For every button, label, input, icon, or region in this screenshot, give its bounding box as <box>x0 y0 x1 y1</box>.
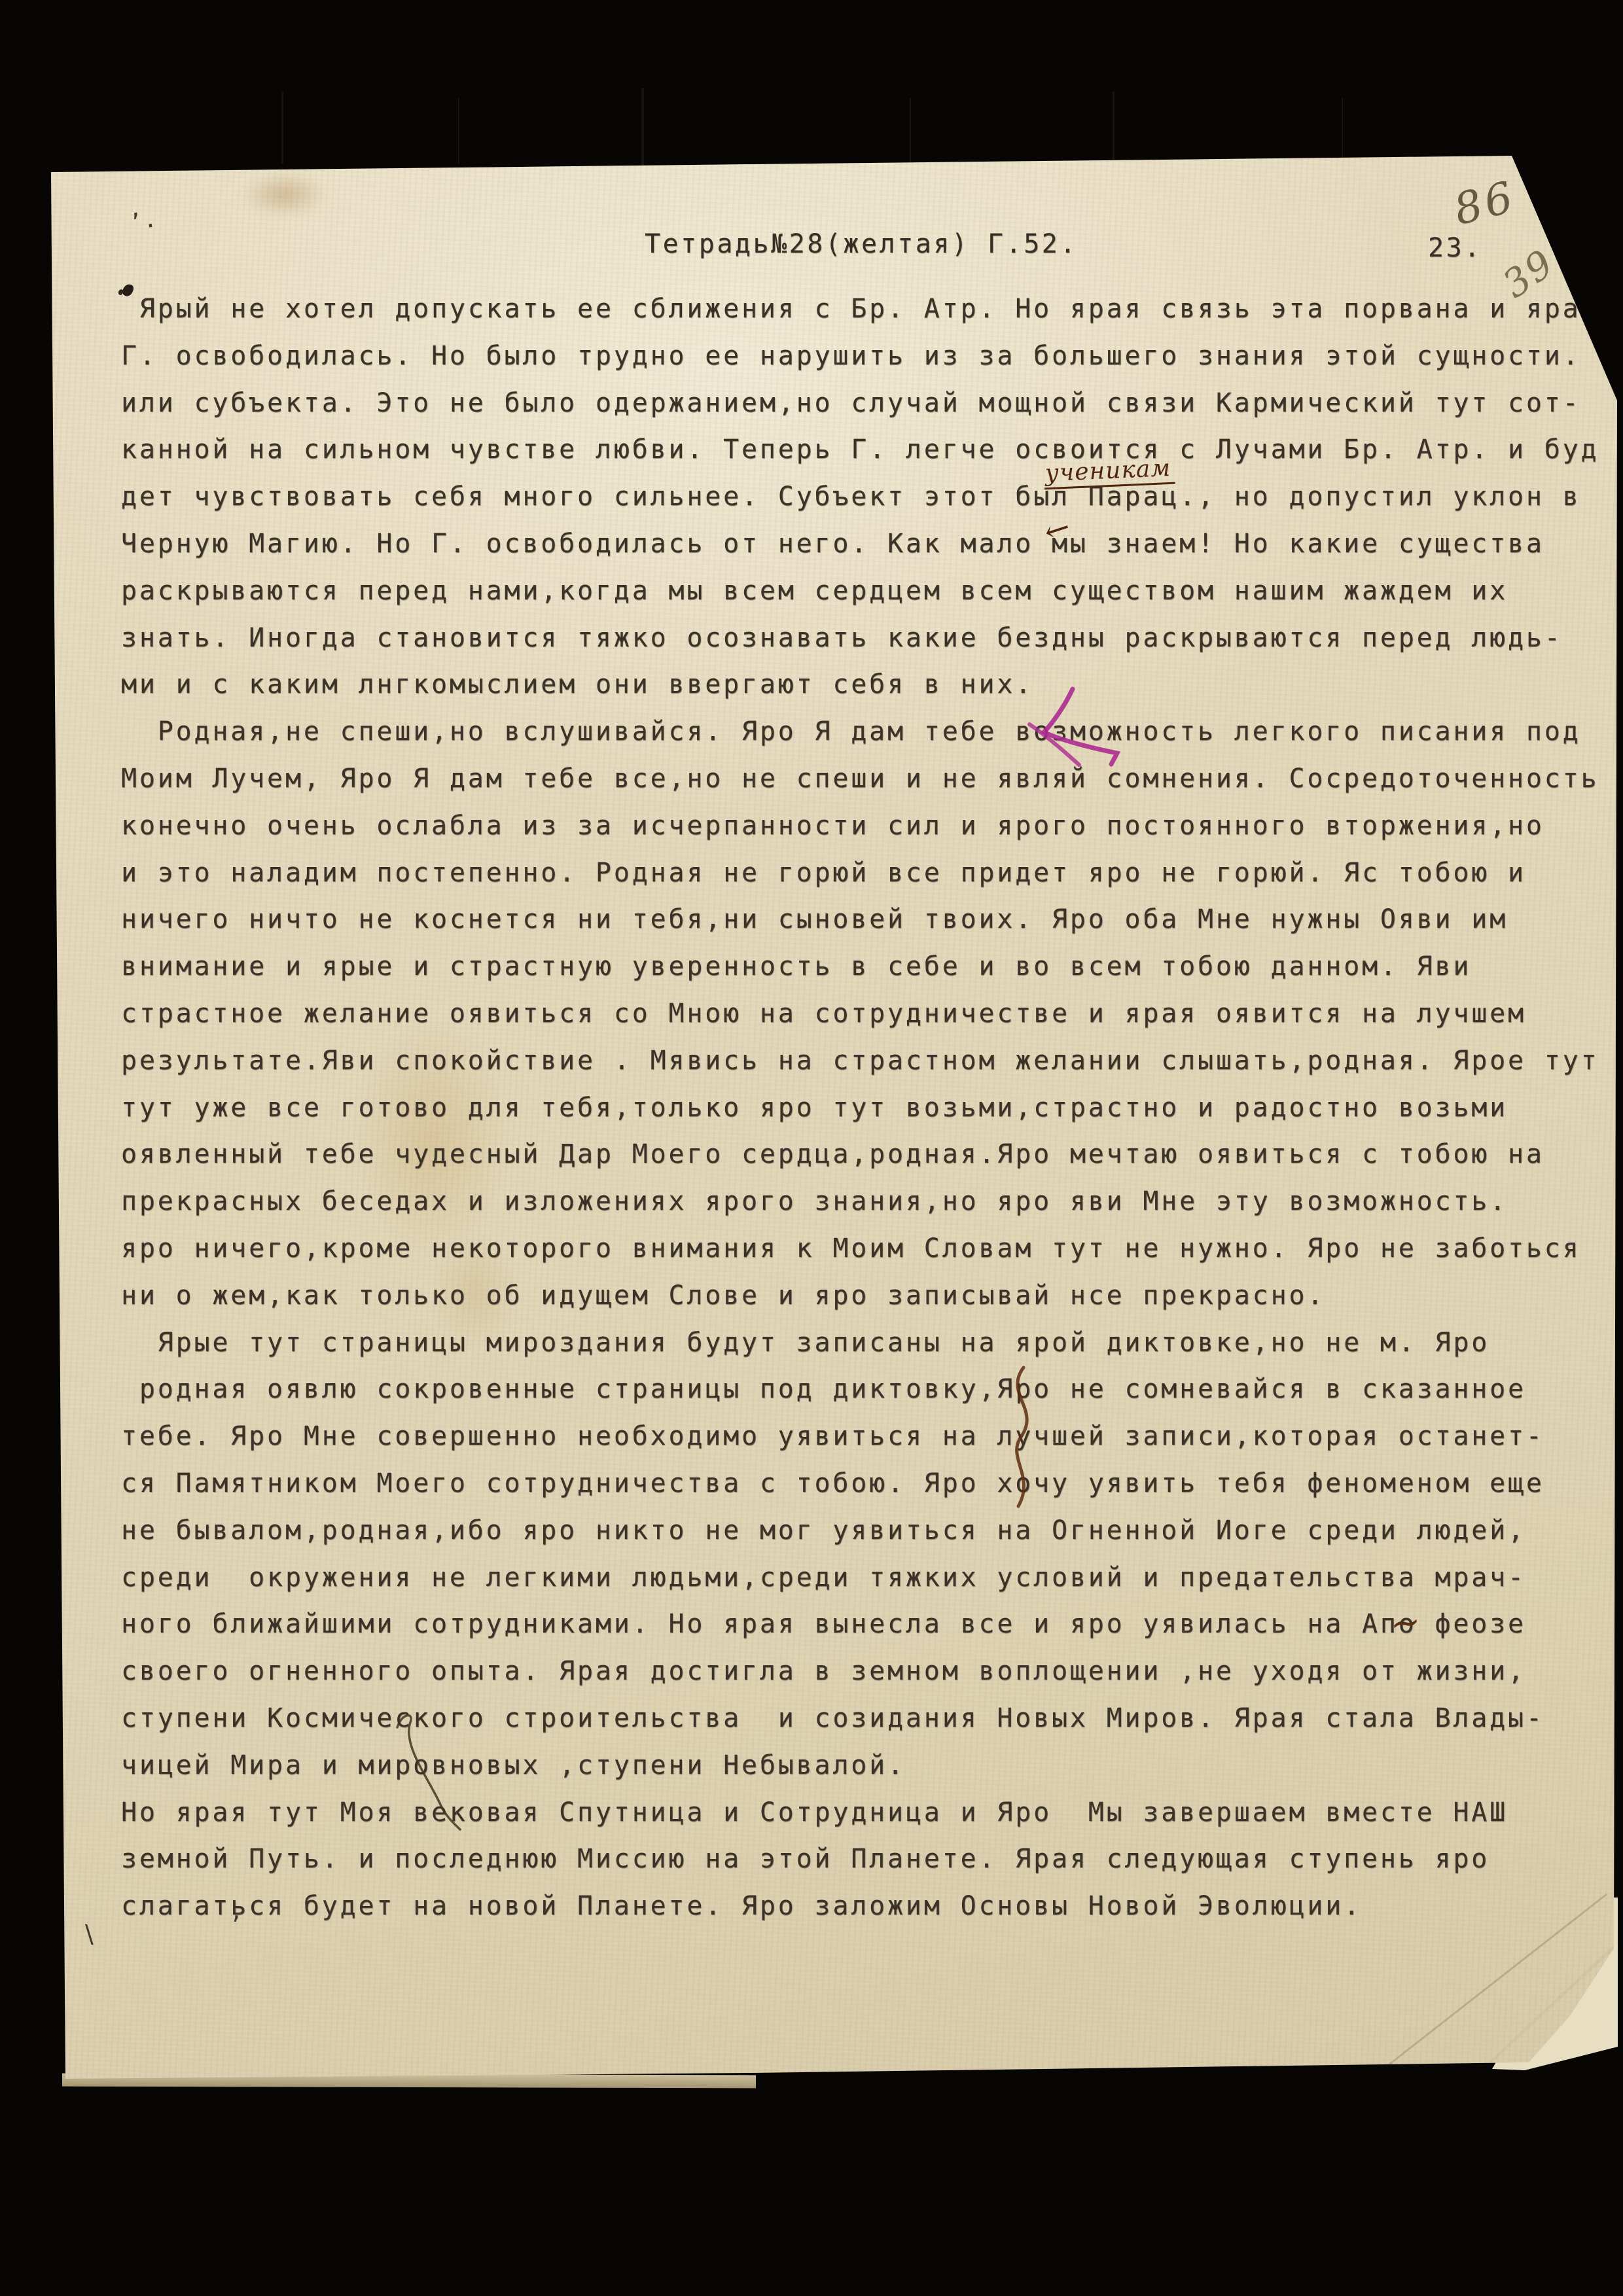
notebook-title: Тетрадь№28(желтая) Г.52. <box>645 229 1078 259</box>
typed-line: своего огненного опыта. Ярая достигла в … <box>121 1648 1599 1695</box>
typed-lines: Ярый не хотел допускать ее сближения с Б… <box>121 286 1599 1930</box>
handwritten-inserted-word: ученикам <box>1043 455 1175 490</box>
handwritten-number-86: 86 <box>1449 171 1521 235</box>
scan-streak <box>641 88 644 167</box>
handwritten-connector-tilde: ~ <box>1387 1600 1424 1646</box>
typed-line: ничего ничто не коснется ни тебя,ни сыно… <box>121 896 1599 944</box>
scan-background: { "page": { "header": { "title": "Тетрад… <box>0 0 1623 2296</box>
typed-line: Черную Магию. Но Г. освободилась от него… <box>121 521 1599 568</box>
typed-line: знать. Иногда становится тяжко осознават… <box>121 615 1599 662</box>
pen-scribble-mark <box>980 1360 1065 1517</box>
margin-mark: \ <box>80 1920 98 1949</box>
typed-line: Г. освободилась. Но было трудно ее наруш… <box>121 333 1599 380</box>
typed-line: среди окружения не легкими людьми,среди … <box>121 1555 1599 1602</box>
typed-line: яро ничего,кроме некоторого внимания к М… <box>121 1226 1599 1273</box>
scan-streak <box>910 98 911 167</box>
scan-streak <box>1342 98 1343 164</box>
typed-line: прекрасных беседах и изложениях ярого зн… <box>121 1178 1599 1226</box>
typed-line: ни о жем,как только об идущем Слове и яр… <box>121 1273 1599 1320</box>
long-pen-stroke <box>363 1700 494 1850</box>
typed-line: Ярые тут страницы мироздания будут запис… <box>121 1320 1599 1367</box>
typed-line: и это наладим постепенно. Родная не горю… <box>121 850 1599 897</box>
typed-line: Моим Лучем, Яро Я дам тебе все,но не спе… <box>121 756 1599 803</box>
typed-line: ся Памятником Моего сотрудничества с тоб… <box>121 1460 1599 1508</box>
typed-line: страстное желание оявиться со Мною на со… <box>121 991 1599 1038</box>
scan-streak <box>1113 92 1115 167</box>
typed-line: родная оявлю сокровенные страницы под ди… <box>121 1366 1599 1413</box>
margin-mark: ʼ <box>229 1912 242 1938</box>
typed-line: или субъекта. Это не было одержанием,но … <box>121 380 1599 427</box>
typed-line: дет чувствовать себя много сильнее. Субъ… <box>121 474 1599 521</box>
typed-line: оявленный тебе чудесный Дар Моего сердца… <box>121 1131 1599 1178</box>
typed-line: тут уже все готово для тебя,только яро т… <box>121 1085 1599 1132</box>
scan-streak <box>281 92 283 164</box>
typed-line: ступени Космического строительства и соз… <box>121 1695 1599 1742</box>
purple-cross-mark <box>1018 677 1135 775</box>
typed-line: чицей Мира и мировновых ,ступени Небывал… <box>121 1742 1599 1790</box>
typed-line: раскрываются перед нами,когда мы всем се… <box>121 568 1599 615</box>
margin-mark: ’. <box>128 206 158 237</box>
scan-streak <box>458 98 459 164</box>
typed-line: тебе. Яро Мне совершенно необходимо уяви… <box>121 1413 1599 1460</box>
paper-stain <box>242 171 327 217</box>
typed-line: Ярый не хотел допускать ее сближения с Б… <box>121 286 1599 333</box>
typed-line: внимание и ярые и страстную уверенность … <box>121 944 1599 991</box>
typed-line: канной на сильном чувстве любви. Теперь … <box>121 427 1599 474</box>
typed-line: ного ближайшими сотрудниками. Но ярая вы… <box>121 1601 1599 1648</box>
typed-line: ми и с каким лнгкомыслием они ввергают с… <box>121 662 1599 709</box>
document-page: Тетрадь№28(желтая) Г.52. 23. 86 39 Ярый … <box>0 0 1623 2296</box>
typed-line: Но ярая тут Моя вековая Спутница и Сотру… <box>121 1790 1599 1837</box>
typed-line: конечно очень ослабла из за исчерпанност… <box>121 803 1599 850</box>
typed-line: Родная,не спеши,но вслушивайся. Яро Я да… <box>121 709 1599 756</box>
page-number: 23. <box>1428 233 1482 263</box>
typed-line: результате.Яви спокойствие . Мявись на с… <box>121 1038 1599 1085</box>
typed-line: не бывалом,родная,ибо яро никто не мог у… <box>121 1508 1599 1555</box>
